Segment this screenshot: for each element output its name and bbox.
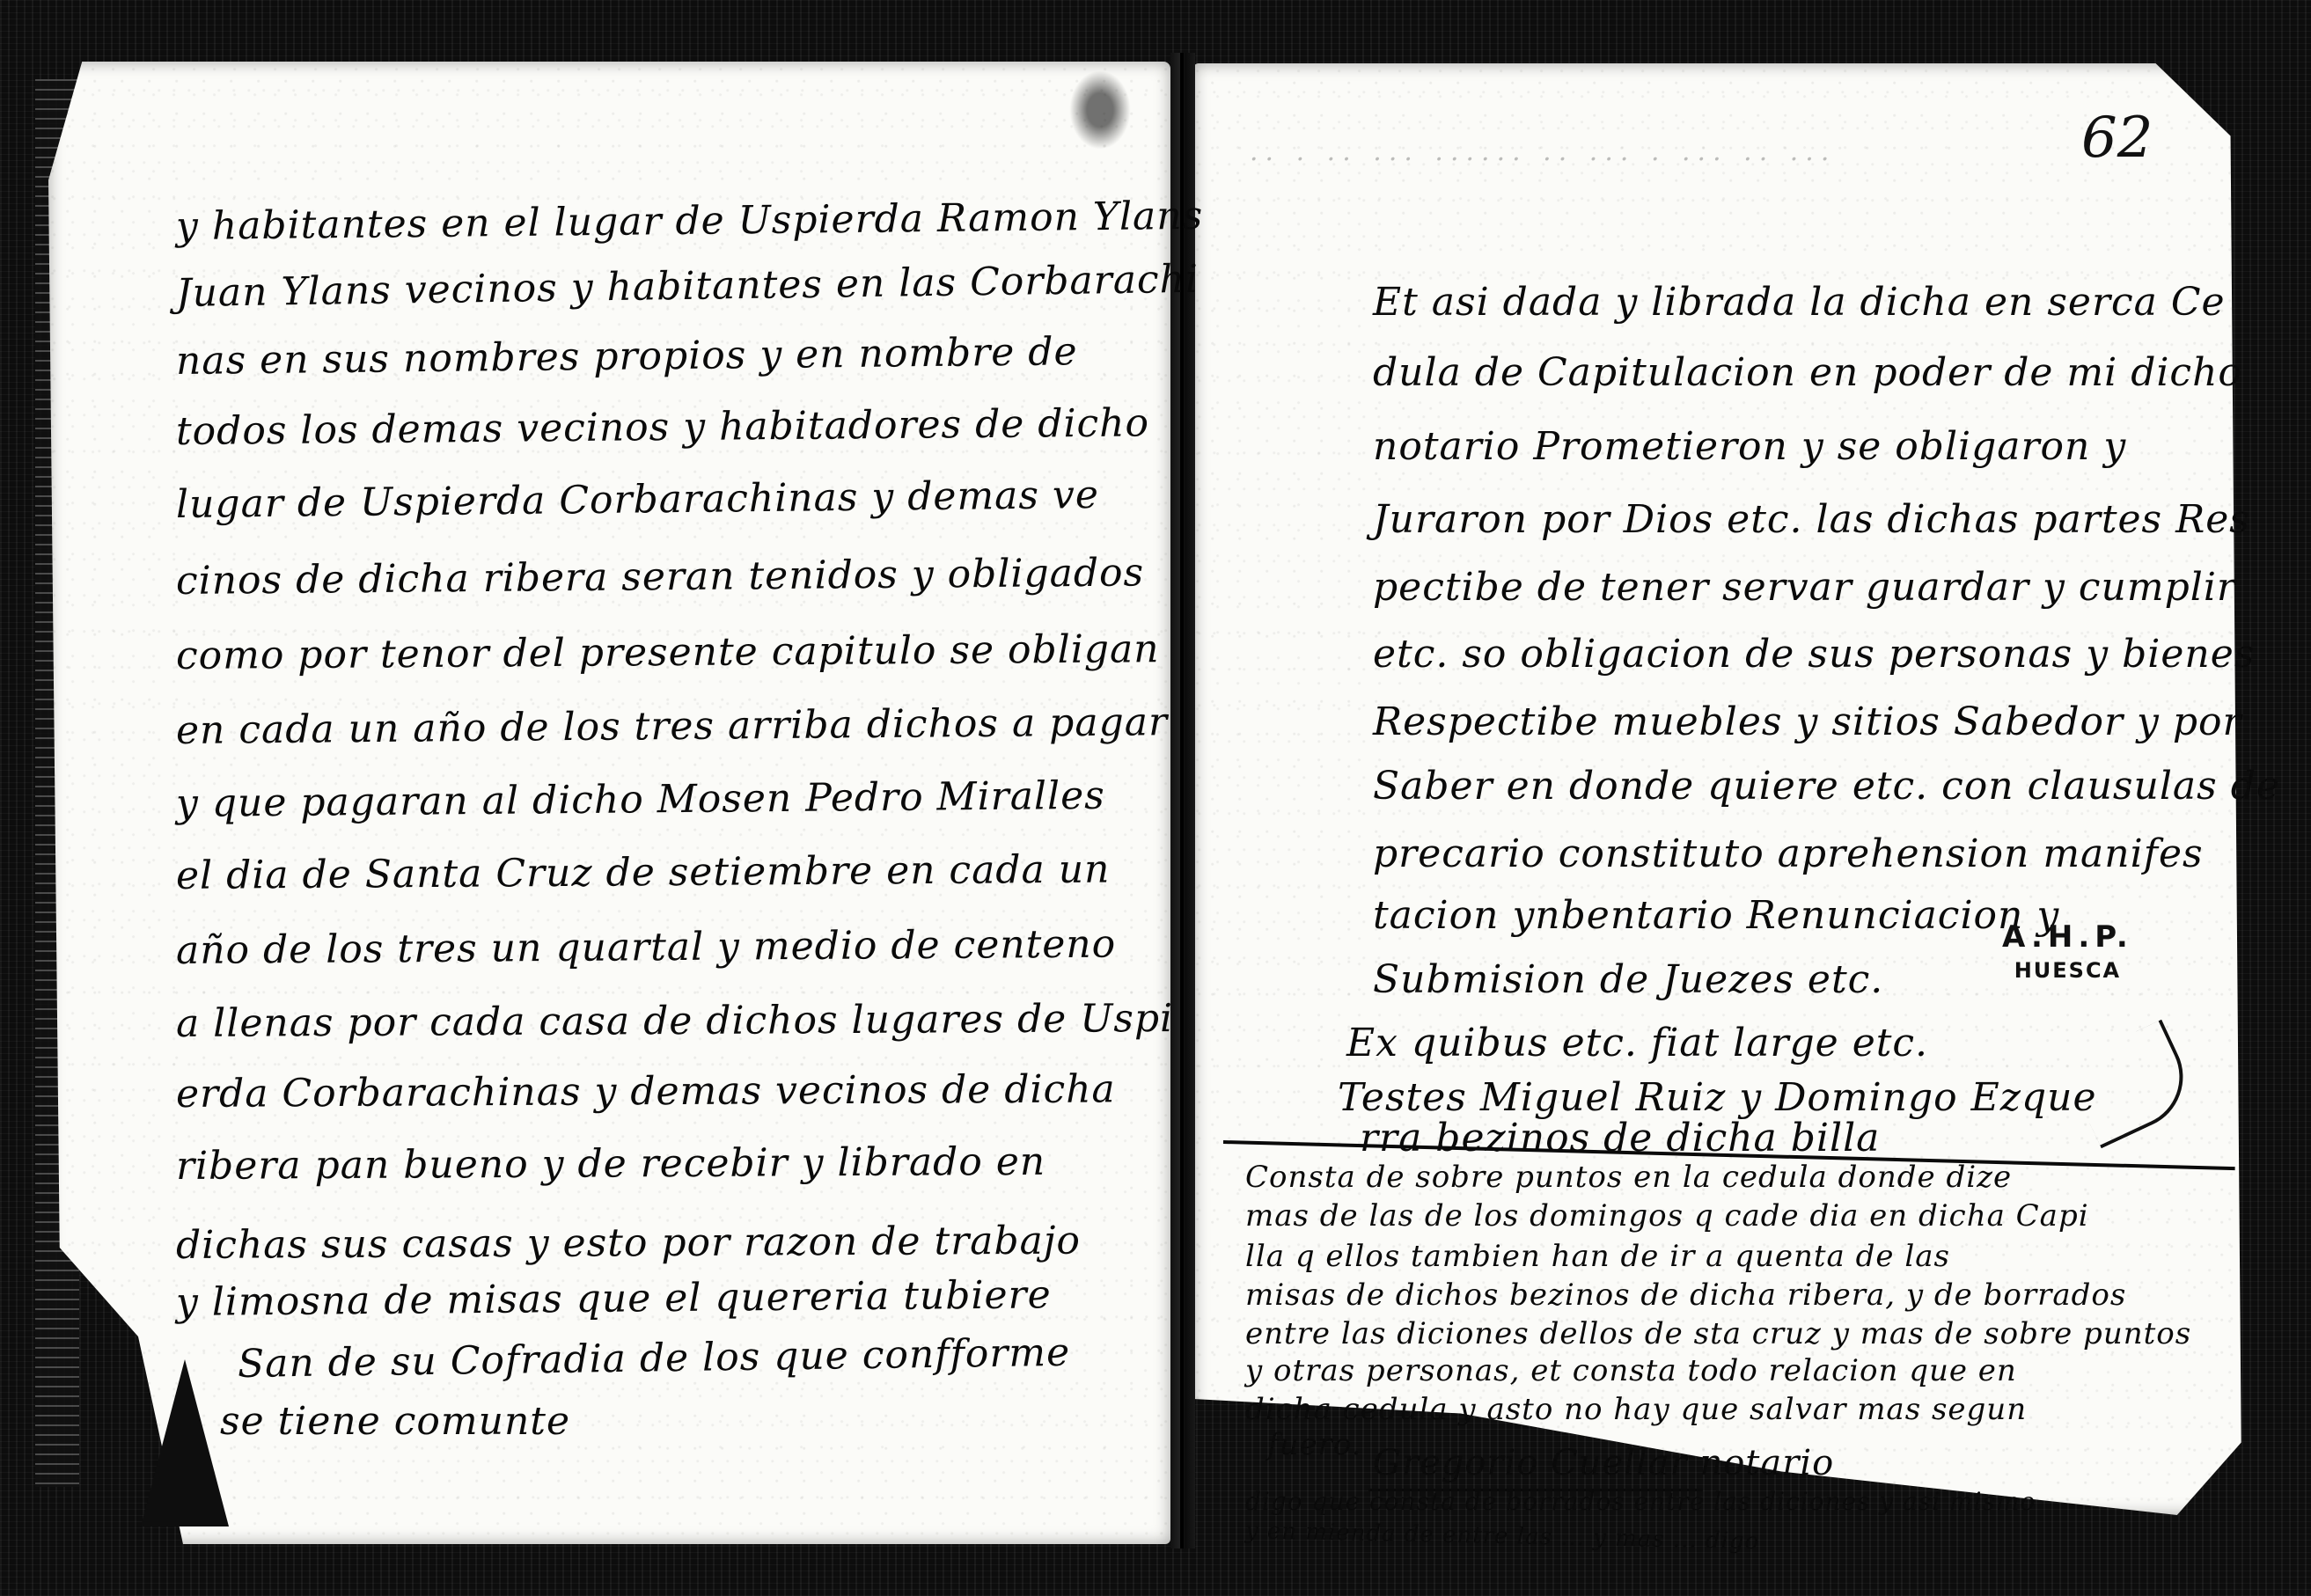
manuscript-line: el dia de Santa Cruz de setiembre en cad… xyxy=(176,846,1162,898)
notary-signature: Gregorio Cuellar notario xyxy=(1373,1443,2311,1483)
ink-blot xyxy=(1069,70,1131,150)
manuscript-line: y que pagaran al dicho Mosen Pedro Miral… xyxy=(176,772,1162,826)
manuscript-line: erda Corbarachinas y demas vecinos de di… xyxy=(176,1066,1162,1116)
note-line: Consta de sobre puntos en la cedula dond… xyxy=(1245,1160,2231,1195)
note-line: lla q ellos tambien han de ir a quenta d… xyxy=(1245,1239,2231,1274)
note-line: y otras personas, et consta todo relacio… xyxy=(1245,1353,2231,1388)
manuscript-line: pectibe de tener servar guardar y cumpli… xyxy=(1373,565,2235,610)
folio-number: 62 xyxy=(2081,106,2153,171)
manuscript-line: precario constituto aprehension manifes xyxy=(1373,831,2235,876)
manuscript-line: en cada un año de los tres arriba dichos… xyxy=(176,699,1162,753)
manuscript-line: dula de Capitulacion en poder de mi dich… xyxy=(1373,350,2235,395)
manuscript-line: dichas sus casas y esto por razon de tra… xyxy=(176,1218,1162,1268)
note-line: misas de dichos bezinos de dicha ribera,… xyxy=(1245,1278,2231,1313)
manuscript-line: Respectibe muebles y sitios Sabedor y po… xyxy=(1373,699,2235,744)
manuscript-line: Saber en donde quiere etc. con clausulas… xyxy=(1373,764,2235,809)
manuscript-line: cinos de dicha ribera seran tenidos y ob… xyxy=(176,550,1162,604)
manuscript-line: notario Prometieron y se obligaron y xyxy=(1373,424,2235,469)
archive-stamp: A.H.P. HUESCA xyxy=(2002,919,2133,983)
manuscript-line: a llenas por cada casa de dichos lugares… xyxy=(176,996,1162,1046)
manuscript-line: ribera pan bueno y de recebir y librado … xyxy=(176,1138,1162,1189)
signature-underline xyxy=(1368,1489,1703,1491)
stamp-initials: A.H.P. xyxy=(2002,919,2133,955)
note-line: mas de las de los domingos q cade dia en… xyxy=(1245,1198,2231,1234)
manuscript-line: etc. so obligacion de sus personas y bie… xyxy=(1373,632,2235,677)
note-line: entre las diciones dellos de sta cruz y … xyxy=(1245,1316,2231,1351)
manuscript-line: Et asi dada y librada la dicha en serca … xyxy=(1373,280,2235,325)
manuscript-line: se tiene comunte xyxy=(220,1399,1206,1444)
faded-header-text: ·· · ·· ··· ······ ·· ··· · ··· ·· ··· xyxy=(1250,141,1998,179)
torn-corner xyxy=(141,1359,229,1526)
manuscript-line: y limosna de misas que el quereria tubie… xyxy=(176,1271,1162,1325)
manuscript-line: todos los demas vecinos y habitadores de… xyxy=(176,400,1162,454)
manuscript-line: año de los tres un quartal y medio de ce… xyxy=(176,921,1162,973)
manuscript-line: como por tenor del presente capitulo se … xyxy=(176,626,1162,678)
note-line: dicha cedula y asto no hay que salvar ma… xyxy=(1245,1392,2231,1427)
manuscript-line: Juraron por Dios etc. las dichas partes … xyxy=(1373,497,2235,542)
stamp-location: HUESCA xyxy=(2002,958,2133,983)
